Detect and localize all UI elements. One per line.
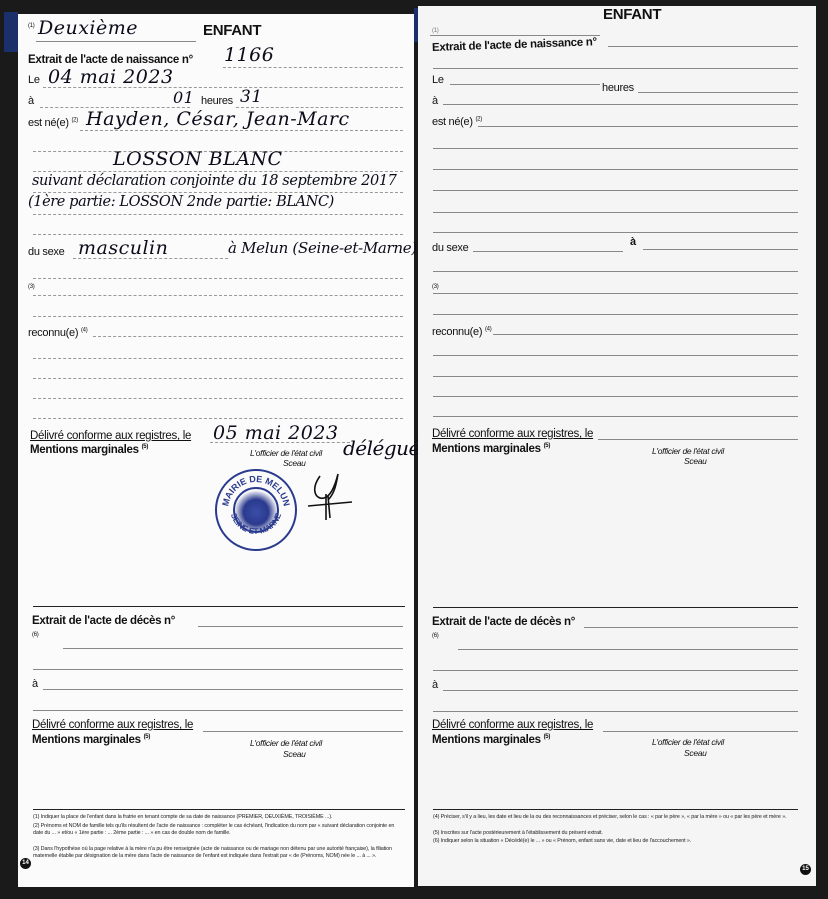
line — [433, 670, 798, 671]
officer-label-right: L'officier de l'état civil — [652, 446, 724, 456]
line — [433, 232, 798, 233]
svg-text:MAIRIE DE MELUN: MAIRIE DE MELUN — [220, 473, 292, 506]
footnote-2: (2) Prénoms et NOM de famille tels qu'il… — [33, 823, 405, 837]
death-delivered-label-right: Délivré conforme aux registres, le — [432, 719, 593, 731]
death-mentions-label-text: Mentions marginales — [32, 734, 141, 746]
death-seal-label: Sceau — [283, 749, 306, 759]
heading-enfant: ENFANT — [203, 22, 261, 39]
line — [63, 648, 403, 649]
line — [603, 731, 798, 732]
heures-label: heures — [201, 95, 233, 107]
stamp-bottom-text: SEINE ET MARNE — [228, 511, 283, 536]
line — [33, 295, 403, 296]
birth-extract-label: Extrait de l'acte de naissance n° — [28, 54, 193, 66]
stamp-top-text: MAIRIE DE MELUN — [220, 473, 292, 506]
line — [33, 234, 403, 235]
born-label-text: est né(e) — [28, 117, 69, 129]
line — [433, 68, 798, 69]
line — [433, 314, 798, 315]
recognized-label-text: reconnu(e) — [28, 327, 78, 339]
line — [33, 710, 403, 711]
line — [223, 67, 403, 68]
line — [433, 711, 798, 712]
line — [93, 336, 403, 337]
death-delivered-label: Délivré conforme aux registres, le — [32, 719, 193, 731]
sex-a-label-right: à — [630, 236, 636, 248]
line — [43, 87, 403, 88]
death-mentions-note: (5) — [144, 734, 150, 740]
footnote-separator — [433, 809, 798, 810]
mentions-note: (5) — [142, 444, 148, 450]
mentions-label-right: Mentions marginales (5) — [432, 443, 550, 455]
born-label-right: est né(e) (2) — [432, 116, 482, 128]
delivered-date: 05 mai 2023 — [213, 422, 339, 444]
officer-label: L'officier de l'état civil — [250, 448, 322, 458]
rank-value: Deuxième — [38, 17, 138, 39]
death-officer-label-right: L'officier de l'état civil — [652, 737, 724, 747]
death-a-label-right: à — [432, 679, 438, 691]
sex-label-right: du sexe — [432, 242, 468, 254]
line — [433, 148, 798, 149]
line — [33, 358, 403, 359]
line — [80, 130, 403, 131]
line — [433, 190, 798, 191]
family-name: LOSSON BLANC — [113, 148, 283, 170]
death-extract-label-right: Extrait de l'acte de décès n° — [432, 616, 575, 628]
death-seal-label-right: Sceau — [684, 748, 707, 758]
footnote-3: (3) Dans l'hypothèse où la page relative… — [33, 846, 405, 860]
le-label-right: Le — [432, 74, 444, 86]
cover-edge-left — [4, 12, 18, 52]
death-officer-label: L'officier de l'état civil — [250, 738, 322, 748]
separator — [433, 607, 798, 608]
born-note: (2) — [71, 117, 77, 123]
line — [43, 689, 403, 690]
line — [433, 271, 798, 272]
death-mentions-label-right-text: Mentions marginales — [432, 734, 541, 746]
a-label-right: à — [432, 95, 438, 107]
death-mentions-label: Mentions marginales (5) — [32, 734, 150, 746]
le-label: Le — [28, 74, 40, 86]
footnote-5: (5) Inscrites sur l'acte postérieurement… — [433, 830, 798, 837]
rank-note-right: (1) — [432, 28, 438, 34]
mentions-note-right: (5) — [544, 443, 550, 449]
seal-label-right: Sceau — [684, 456, 707, 466]
line — [433, 169, 798, 170]
a-label: à — [28, 95, 34, 107]
line — [210, 442, 350, 443]
recognized-note: (4) — [81, 327, 87, 333]
mairie-stamp: MAIRIE DE MELUN SEINE ET MARNE — [215, 469, 297, 551]
line — [584, 627, 798, 628]
line — [443, 690, 798, 691]
line — [433, 396, 798, 397]
left-page: (1) Deuxième ENFANT Extrait de l'acte de… — [18, 14, 414, 887]
death-note-right: (6) — [432, 633, 438, 639]
recognized-label-right: reconnu(e) (4) — [432, 326, 491, 338]
birth-extract-number: 1166 — [224, 44, 274, 66]
line — [493, 334, 798, 335]
line — [430, 35, 600, 36]
declaration-line: suivant déclaration conjointe du 18 sept… — [32, 173, 396, 189]
footnote-separator — [33, 809, 405, 810]
line — [203, 731, 403, 732]
rank-line — [36, 41, 196, 42]
delivered-label-right: Délivré conforme aux registres, le — [432, 428, 593, 440]
parts-line: (1ère partie: LOSSON 2nde partie: BLANC) — [28, 194, 334, 210]
footnote-4: (4) Préciser, s'il y a lieu, les date et… — [433, 814, 798, 821]
death-note: (6) — [32, 632, 38, 638]
death-a-label: à — [32, 678, 38, 690]
death-mentions-note-right: (5) — [544, 734, 550, 740]
line — [458, 649, 798, 650]
line — [433, 212, 798, 213]
line — [450, 84, 600, 85]
mentions-label-text: Mentions marginales — [30, 444, 139, 456]
born-label: est né(e) (2) — [28, 117, 78, 129]
line — [33, 398, 403, 399]
separator — [33, 606, 405, 607]
birth-minutes: 31 — [240, 87, 263, 107]
line — [33, 171, 403, 172]
line — [643, 249, 798, 250]
line — [33, 192, 403, 193]
recognized-label-right-text: reconnu(e) — [432, 326, 482, 338]
note-3: (3) — [28, 284, 34, 290]
signature-icon — [306, 472, 358, 522]
heures-label-right: heures — [602, 82, 634, 94]
footnote-6: (6) Indiquer selon la situation « Décédé… — [433, 838, 798, 845]
delivered-label: Délivré conforme aux registres, le — [30, 430, 191, 442]
line — [598, 439, 798, 440]
born-label-right-text: est né(e) — [432, 116, 473, 128]
line — [608, 46, 798, 47]
rank-note: (1) — [28, 23, 34, 29]
mentions-label: Mentions marginales (5) — [30, 444, 148, 456]
sex-value: masculin — [78, 237, 168, 259]
note-3-right: (3) — [432, 284, 438, 290]
born-note-right: (2) — [475, 116, 481, 122]
seal-label: Sceau — [283, 458, 306, 468]
line — [433, 376, 798, 377]
line — [73, 258, 228, 259]
line — [443, 104, 798, 105]
line — [473, 251, 623, 252]
right-page: (1) ENFANT Extrait de l'acte de naissanc… — [418, 6, 816, 886]
sex-label: du sexe — [28, 246, 64, 258]
birth-date: 04 mai 2023 — [48, 66, 174, 88]
delegate-signature-text: délégué — [343, 436, 420, 460]
given-names: Hayden, César, Jean-Marc — [86, 108, 350, 130]
birth-place: à Melun (Seine-et-Marne) — [228, 239, 417, 257]
recognized-note-right: (4) — [485, 326, 491, 332]
line — [33, 669, 403, 670]
line — [33, 278, 403, 279]
line — [33, 316, 403, 317]
svg-text:SEINE ET MARNE: SEINE ET MARNE — [228, 511, 283, 536]
death-mentions-label-right: Mentions marginales (5) — [432, 734, 550, 746]
page-number-right: 15 — [800, 864, 811, 875]
line — [33, 378, 403, 379]
line — [638, 92, 798, 93]
birth-extract-label-right: Extrait de l'acte de naissance n° — [432, 36, 597, 54]
line — [478, 126, 798, 127]
page-number-left: 14 — [20, 858, 31, 869]
heading-enfant-right: ENFANT — [603, 6, 661, 23]
recognized-label: reconnu(e) (4) — [28, 327, 87, 339]
death-extract-label: Extrait de l'acte de décès n° — [32, 615, 175, 627]
birth-hour: 01 — [173, 88, 194, 107]
line — [433, 293, 798, 294]
line — [198, 626, 403, 627]
line — [33, 214, 403, 215]
mentions-label-right-text: Mentions marginales — [432, 443, 541, 455]
line — [433, 416, 798, 417]
line — [433, 355, 798, 356]
footnote-1: (1) Indiquer la place de l'enfant dans l… — [33, 814, 405, 821]
line — [33, 418, 403, 419]
